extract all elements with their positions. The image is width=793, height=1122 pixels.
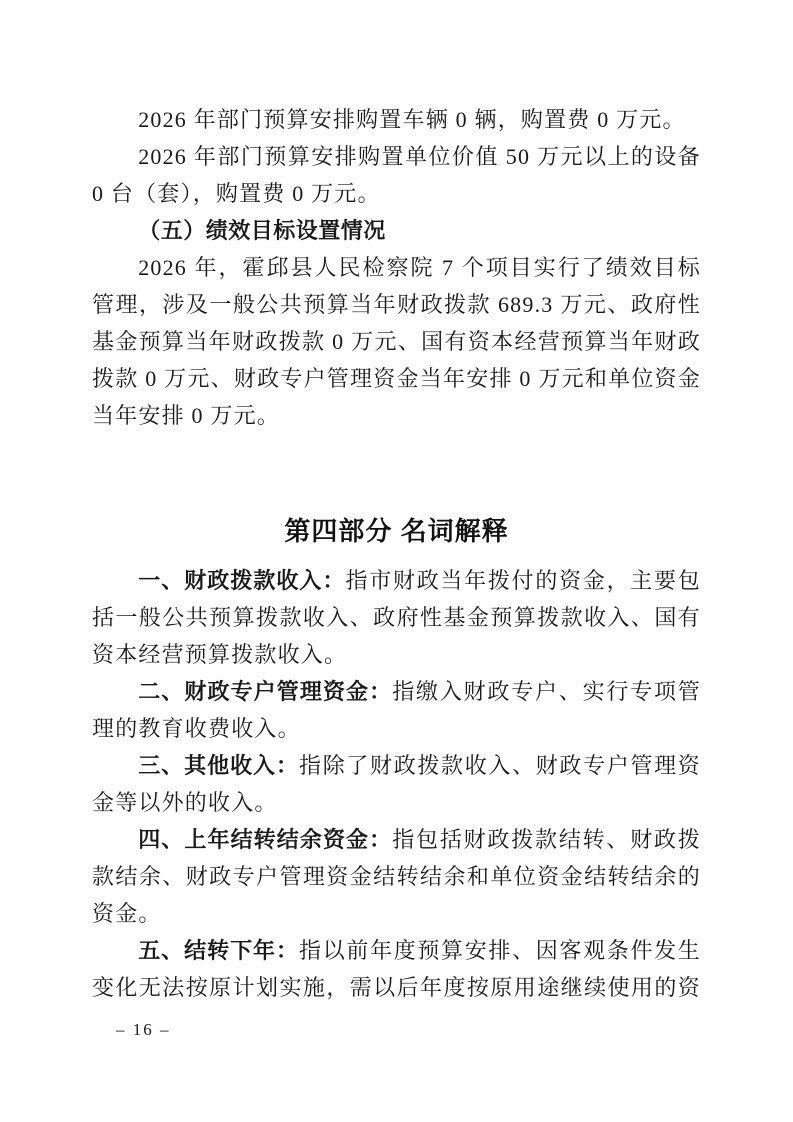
- glossary-term-2: 二、财政专户管理资金：指缴入财政专户、实行专项管理的教育收费收入。: [92, 673, 701, 747]
- page-content: 2026 年部门预算安排购置车辆 0 辆，购置费 0 万元。 2026 年部门预…: [92, 101, 701, 1006]
- subheading-performance-targets: （五）绩效目标设置情况: [92, 212, 701, 249]
- glossary-term-2-label: 二、财政专户管理资金：: [138, 679, 392, 704]
- glossary-term-5: 五、结转下年：指以前年度预算安排、因客观条件发生变化无法按原计划实施，需以后年度…: [92, 932, 701, 1006]
- glossary-term-4-label: 四、上年结转结余资金：: [138, 827, 392, 852]
- page-number: – 16 –: [116, 1020, 171, 1040]
- glossary-term-5-label: 五、结转下年：: [138, 938, 299, 963]
- document-page: 2026 年部门预算安排购置车辆 0 辆，购置费 0 万元。 2026 年部门预…: [0, 0, 793, 1122]
- part-four-heading: 第四部分 名词解释: [92, 508, 701, 554]
- glossary-term-4: 四、上年结转结余资金：指包括财政拨款结转、财政拨款结余、财政专户管理资金结转结余…: [92, 821, 701, 932]
- paragraph-equipment-purchase: 2026 年部门预算安排购置单位价值 50 万元以上的设备 0 台（套），购置费…: [92, 138, 701, 212]
- paragraph-performance-detail: 2026 年，霍邱县人民检察院 7 个项目实行了绩效目标管理，涉及一般公共预算当…: [92, 249, 701, 434]
- glossary-term-1-label: 一、财政拨款收入：: [138, 568, 345, 593]
- paragraph-vehicle-purchase: 2026 年部门预算安排购置车辆 0 辆，购置费 0 万元。: [92, 101, 701, 138]
- glossary-term-1: 一、财政拨款收入：指市财政当年拨付的资金，主要包括一般公共预算拨款收入、政府性基…: [92, 562, 701, 673]
- glossary-term-3: 三、其他收入：指除了财政拨款收入、财政专户管理资金等以外的收入。: [92, 747, 701, 821]
- glossary-term-3-label: 三、其他收入：: [138, 753, 299, 778]
